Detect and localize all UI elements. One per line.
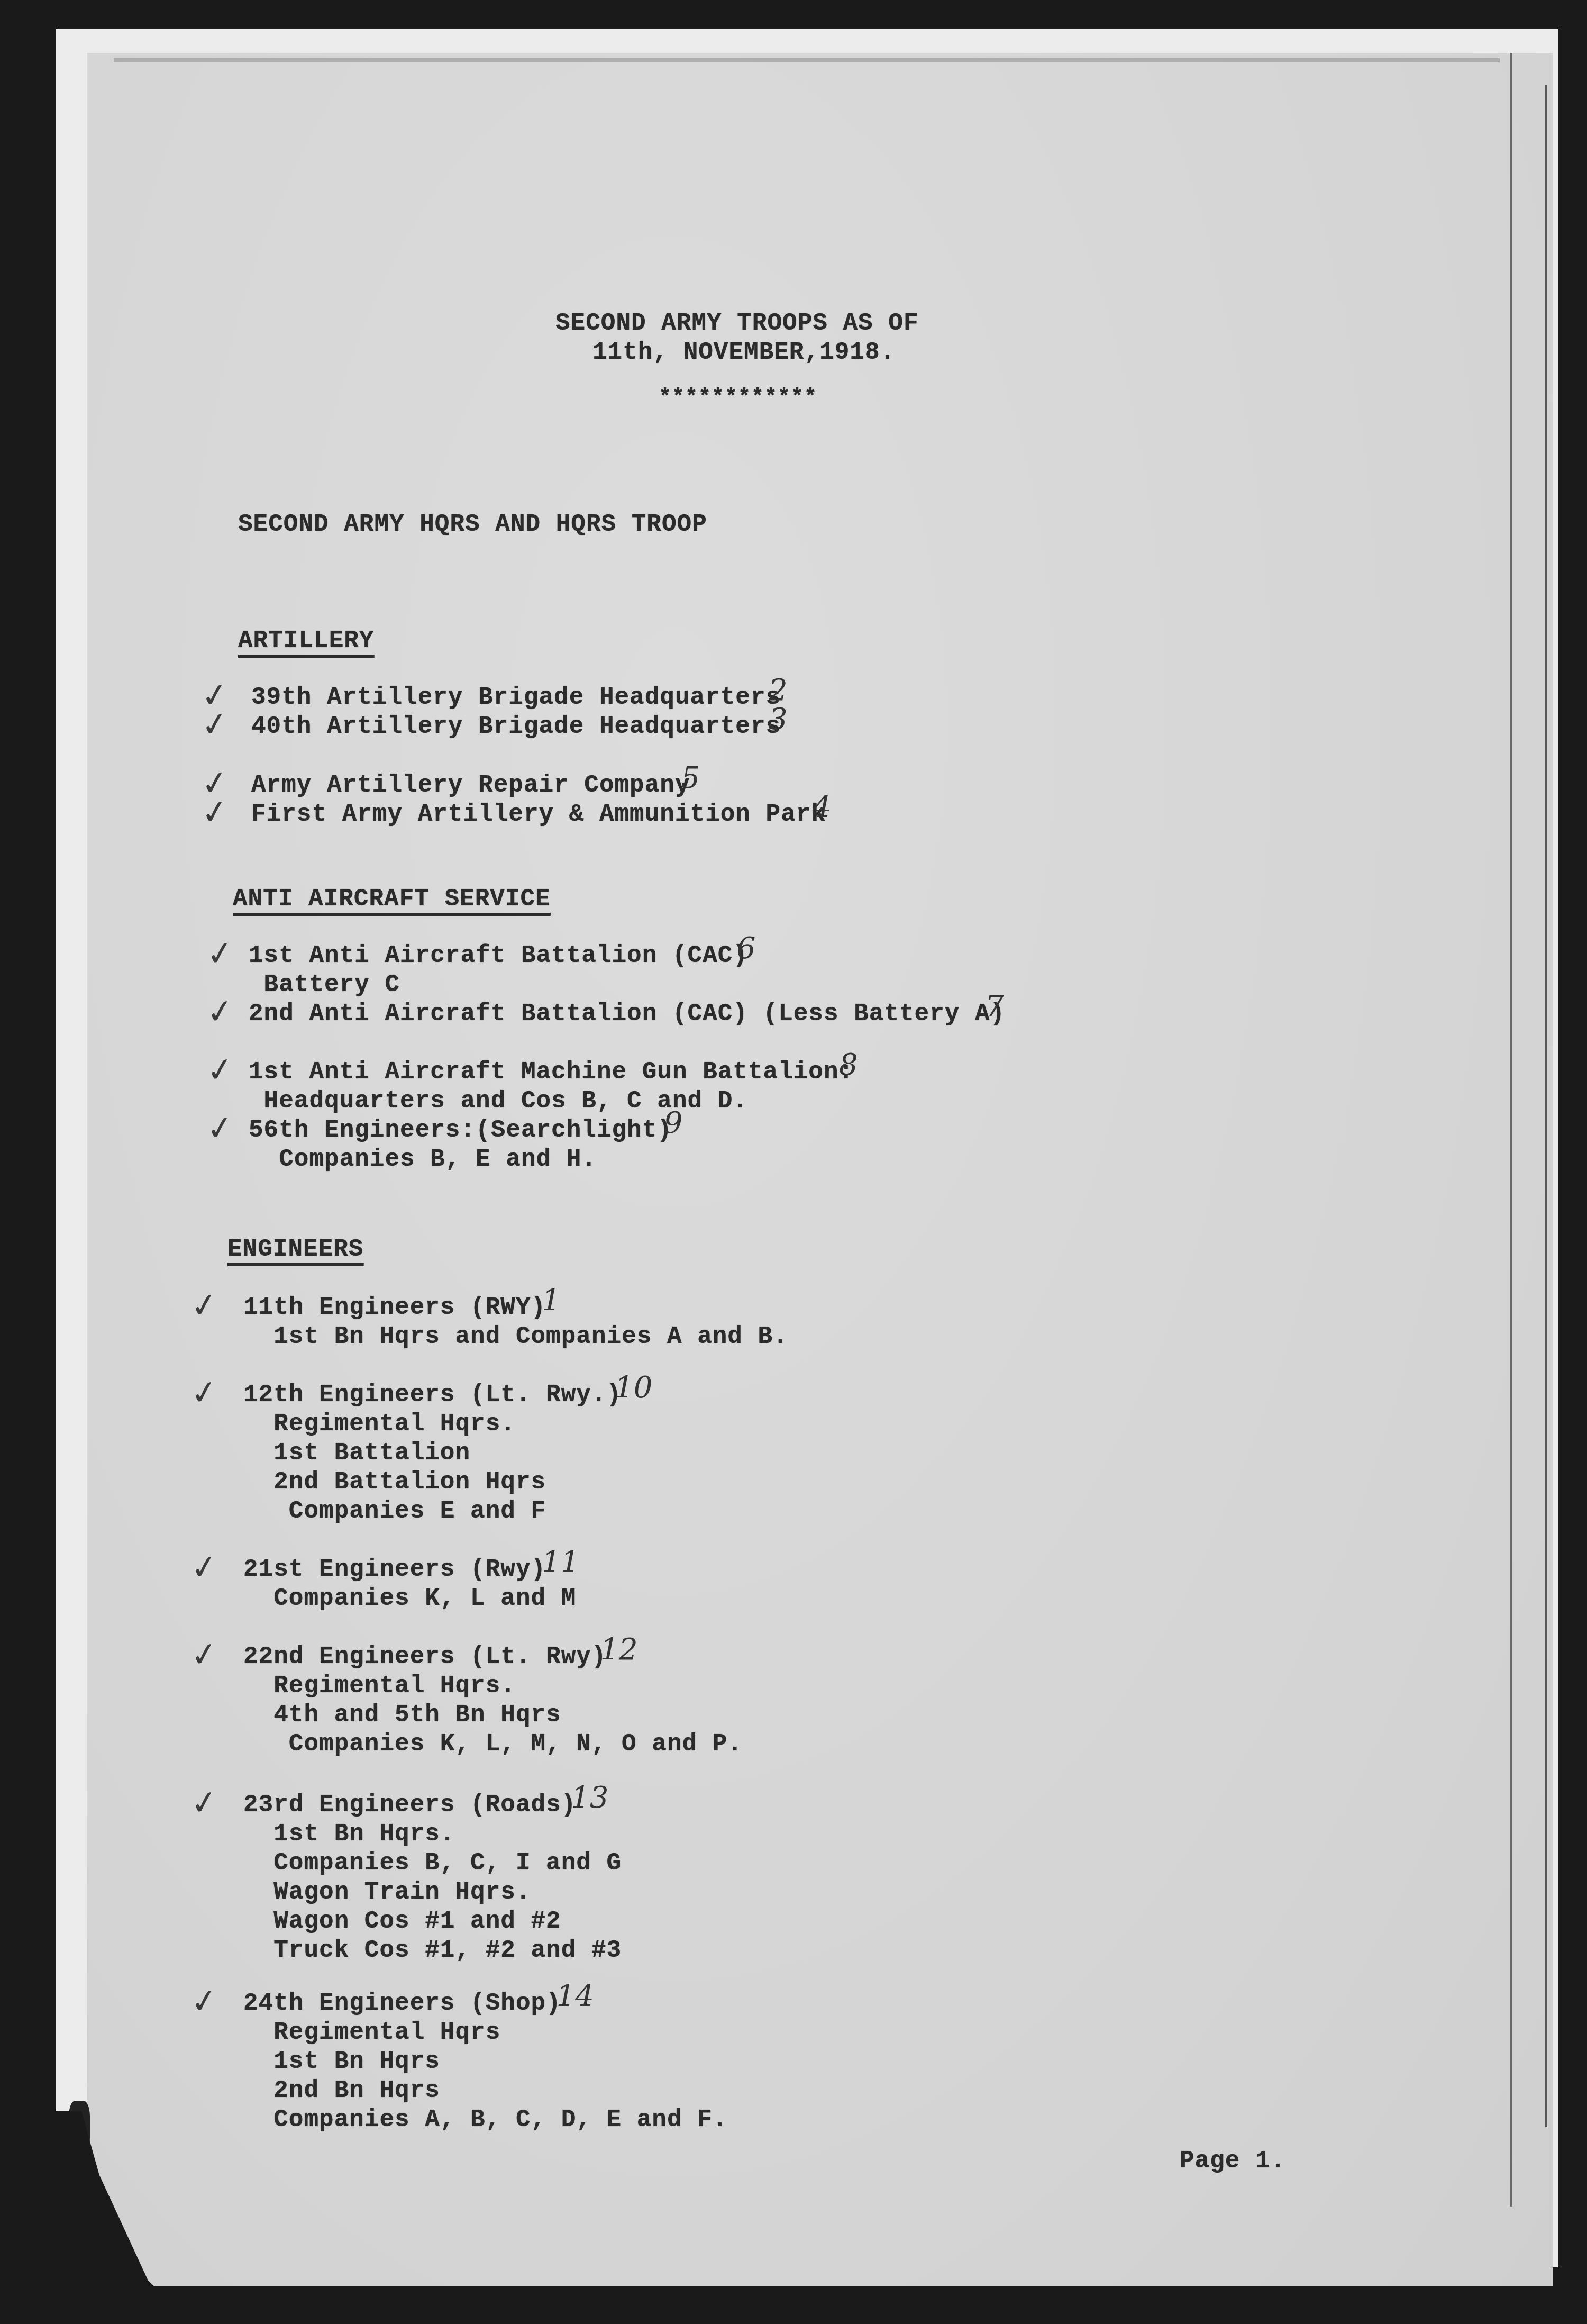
unit-name: First Army Artillery & Ammunition Park: [251, 801, 826, 828]
unit-name: 12th Engineers (Lt. Rwy.): [243, 1381, 622, 1409]
handwritten-number: 13: [571, 1781, 608, 1815]
page-number: Page 1.: [1180, 2147, 1285, 2175]
section-heading: ANTI AIRCRAFT SERVICE: [233, 885, 551, 913]
handwritten-number: 10: [615, 1370, 652, 1405]
unit-name: 56th Engineers:(Searchlight): [249, 1116, 672, 1144]
handwritten-number: 5: [681, 761, 700, 795]
unit-subline: Wagon Cos #1 and #2: [243, 1908, 561, 1935]
unit-subline: Truck Cos #1, #2 and #3: [243, 1937, 622, 1964]
checkmark-icon: ✓: [198, 703, 231, 746]
unit-subline: 1st Bn Hqrs: [243, 2048, 440, 2075]
handwritten-number: 4: [813, 790, 832, 824]
checkmark-icon: ✓: [188, 1372, 221, 1414]
unit-name: 22nd Engineers (Lt. Rwy): [243, 1643, 607, 1671]
handwritten-number: 1: [542, 1283, 561, 1318]
unit-subline: Regimental Hqrs.: [243, 1410, 516, 1438]
handwritten-number: 11: [542, 1545, 579, 1579]
checkmark-icon: ✓: [188, 1980, 221, 2022]
unit-subline: Companies K, L and M: [243, 1585, 576, 1612]
checkmark-icon: ✓: [198, 791, 231, 833]
unit-subline: Battery C: [249, 971, 400, 998]
hq-heading: SECOND ARMY HQRS AND HQRS TROOP: [238, 511, 707, 538]
unit-subline: 1st Bn Hqrs and Companies A and B.: [243, 1323, 788, 1350]
unit-subline: Companies E and F: [243, 1497, 546, 1525]
unit-subline: Companies B, E and H.: [249, 1146, 597, 1173]
unit-name: 1st Anti Aircraft Machine Gun Battalion:: [249, 1058, 854, 1086]
handwritten-number: 12: [600, 1632, 637, 1667]
unit-name: 11th Engineers (RWY): [243, 1294, 546, 1321]
unit-name: 40th Artillery Brigade Headquarters: [251, 713, 781, 740]
unit-name: 39th Artillery Brigade Headquarters: [251, 684, 781, 711]
unit-subline: 1st Bn Hqrs.: [243, 1820, 455, 1848]
handwritten-number: 6: [737, 931, 756, 966]
checkmark-icon: ✓: [204, 1049, 236, 1091]
unit-name: 1st Anti Aircraft Battalion (CAC): [249, 942, 748, 969]
handwritten-number: 3: [769, 702, 788, 737]
document-title-line1: SECOND ARMY TROOPS AS OF: [555, 310, 919, 337]
unit-subline: 2nd Battalion Hqrs: [243, 1468, 546, 1496]
handwritten-number: 8: [839, 1048, 858, 1082]
checkmark-icon: ✓: [188, 1633, 221, 1676]
unit-subline: Regimental Hqrs.: [243, 1672, 516, 1700]
checkmark-icon: ✓: [204, 932, 236, 975]
unit-subline: 4th and 5th Bn Hqrs: [243, 1701, 561, 1729]
handwritten-number: 9: [664, 1106, 683, 1140]
handwritten-number: 14: [557, 1979, 594, 2013]
unit-name: Army Artillery Repair Company: [251, 771, 690, 799]
checkmark-icon: ✓: [204, 1107, 236, 1149]
unit-name: 23rd Engineers (Roads): [243, 1791, 576, 1819]
checkmark-icon: ✓: [204, 991, 236, 1033]
unit-subline: 1st Battalion: [243, 1439, 470, 1467]
checkmark-icon: ✓: [188, 1284, 221, 1327]
handwritten-number: 7: [985, 989, 1004, 1024]
checkmark-icon: ✓: [188, 1782, 221, 1824]
section-heading: ARTILLERY: [238, 627, 374, 655]
unit-subline: Wagon Train Hqrs.: [243, 1878, 531, 1906]
unit-name: 2nd Anti Aircraft Battalion (CAC) (Less …: [249, 1000, 1005, 1028]
section-heading: ENGINEERS: [227, 1236, 363, 1263]
document-title-line2: 11th, NOVEMBER,1918.: [592, 339, 895, 366]
unit-name: 24th Engineers (Shop): [243, 1990, 561, 2017]
unit-subline: Companies B, C, I and G: [243, 1849, 622, 1877]
title-separator: ************: [659, 386, 817, 410]
page-edge: [1510, 53, 1516, 2207]
page-top-fold: [114, 42, 1500, 62]
checkmark-icon: ✓: [188, 1546, 221, 1588]
unit-subline: Companies K, L, M, N, O and P.: [243, 1730, 743, 1758]
unit-name: 21st Engineers (Rwy): [243, 1556, 546, 1583]
unit-subline: Regimental Hqrs: [243, 2019, 500, 2046]
unit-subline: Companies A, B, C, D, E and F.: [243, 2106, 727, 2134]
page-edge-under: [1545, 85, 1547, 2127]
unit-subline: 2nd Bn Hqrs: [243, 2077, 440, 2104]
